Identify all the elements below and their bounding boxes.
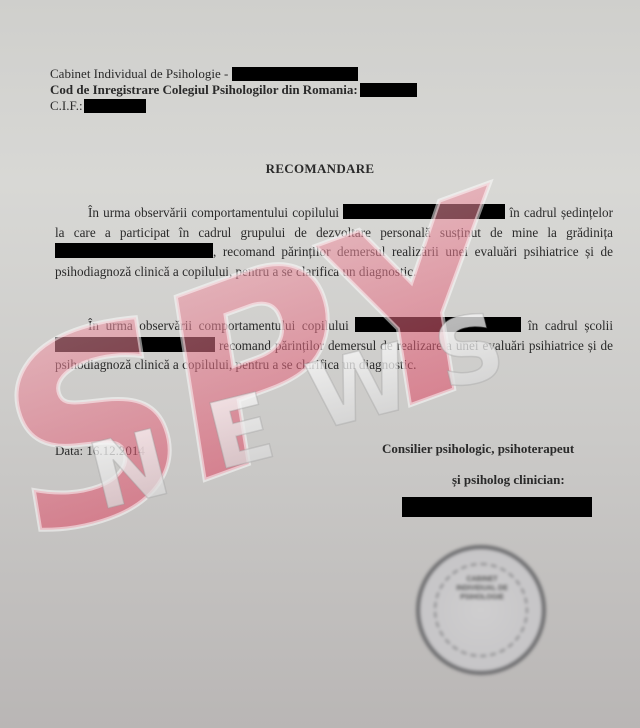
signature-title-line-1: Consilier psihologic, psihoterapeut — [382, 441, 574, 457]
redacted-child-name — [343, 204, 505, 219]
letterhead: Cabinet Individual de Psihologie - Cod d… — [50, 66, 417, 114]
cabinet-line: Cabinet Individual de Psihologie - — [50, 66, 417, 82]
registration-line: Cod de Inregistrare Colegiul Psihologilo… — [50, 82, 417, 98]
document-page: Cabinet Individual de Psihologie - Cod d… — [0, 0, 640, 728]
cif-line: C.I.F.: — [50, 98, 417, 114]
redacted-kindergarten-name — [55, 243, 213, 258]
cif-label: C.I.F.: — [50, 98, 83, 114]
official-stamp: CABINET INDIVIDUAL DE PSIHOLOGIE — [416, 545, 546, 675]
paragraph2-text-b: în cadrul școlii — [528, 318, 613, 333]
paragraph1-text-a: În urma observării comportamentului copi… — [88, 205, 339, 220]
redacted-registration-code — [360, 83, 417, 97]
cabinet-label: Cabinet Individual de Psihologie - — [50, 66, 228, 82]
document-date: Data: 16.12.2014 — [55, 443, 145, 459]
redacted-cabinet-name — [232, 67, 358, 81]
svg-text:N: N — [79, 409, 180, 531]
svg-text:E: E — [197, 372, 284, 491]
redacted-signatory-name — [402, 497, 592, 517]
recommendation-paragraph-2: În urma observării comportamentului copi… — [55, 316, 613, 375]
redacted-child-name — [355, 317, 521, 332]
redacted-cif — [84, 99, 146, 113]
signature-title-line-2: și psiholog clinician: — [452, 472, 565, 488]
stamp-text: CABINET INDIVIDUAL DE PSIHOLOGIE — [452, 575, 512, 602]
redacted-school-name — [55, 337, 215, 352]
paragraph2-text-a: În urma observării comportamentului copi… — [88, 318, 349, 333]
document-title: RECOMANDARE — [0, 161, 640, 177]
recommendation-paragraph-1: În urma observării comportamentului copi… — [55, 203, 613, 281]
registration-label: Cod de Inregistrare Colegiul Psihologilo… — [50, 82, 358, 98]
